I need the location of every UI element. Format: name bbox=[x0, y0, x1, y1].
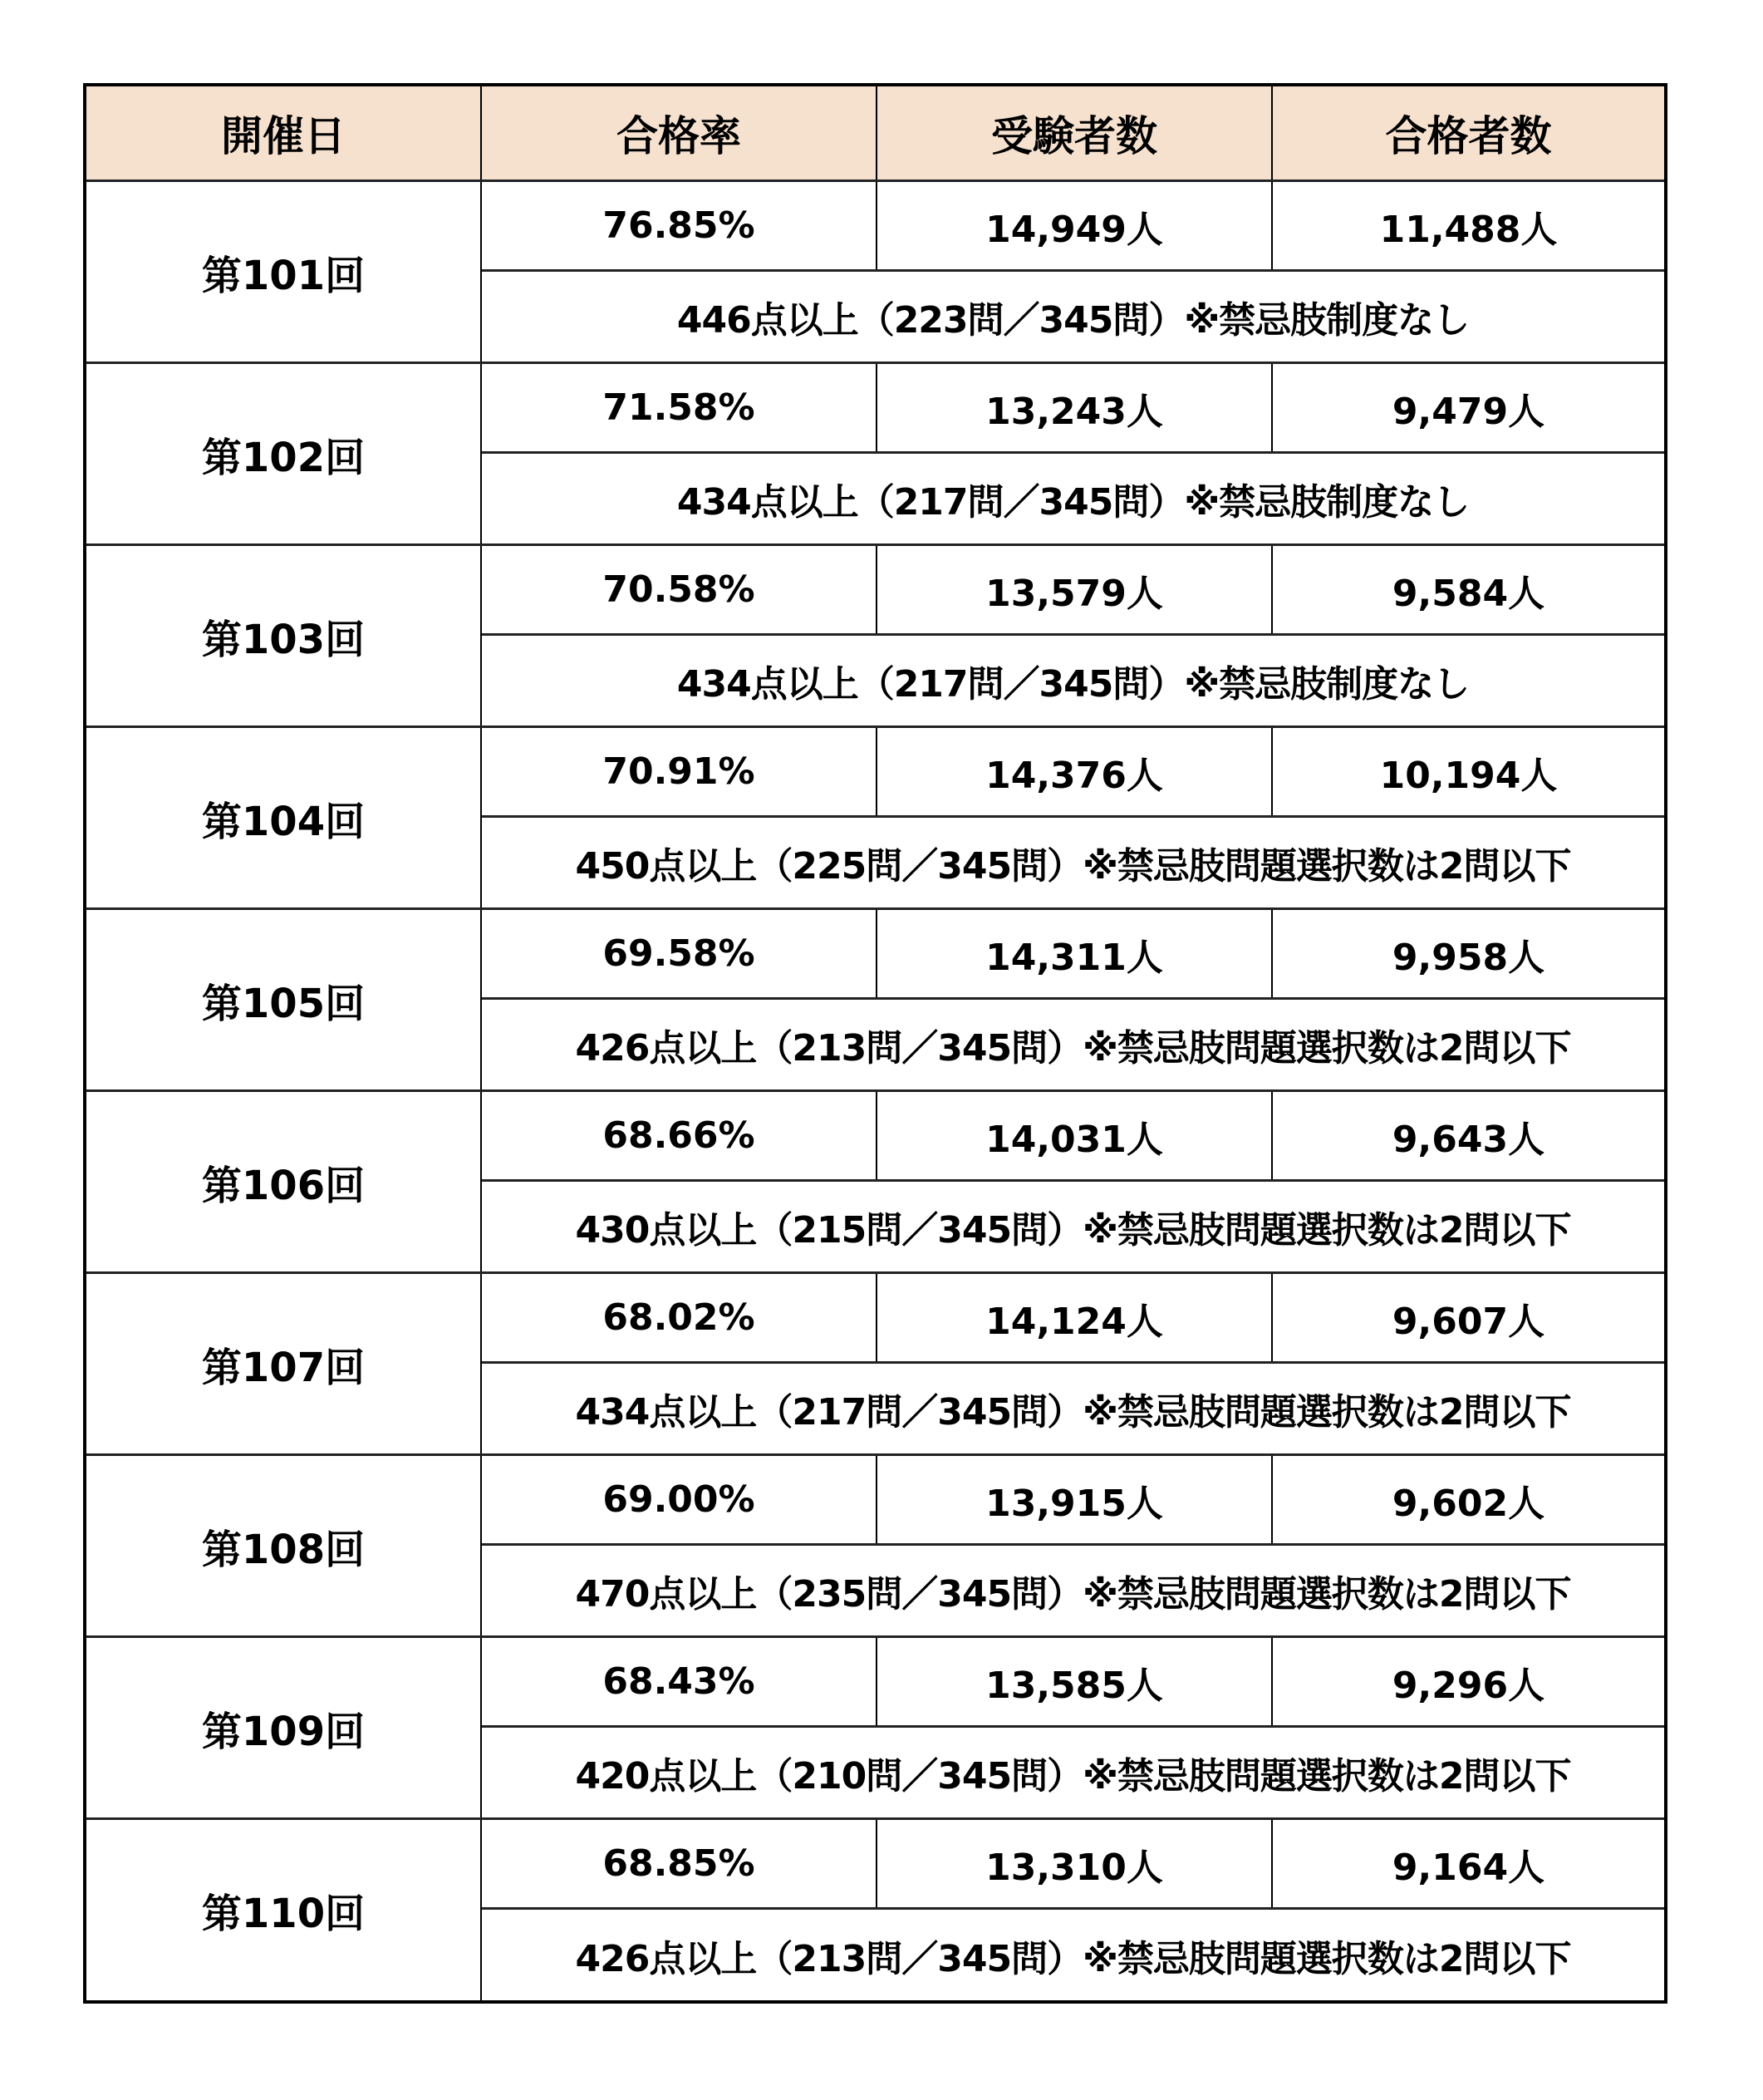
criteria-cell: 450点以上（225問／345問）※禁忌肢問題選択数は2問以下 bbox=[482, 818, 1664, 907]
pass-rate-cell: 70.58% bbox=[482, 546, 877, 633]
round-details: 70.91%14,376人10,194人450点以上（225問／345問）※禁忌… bbox=[482, 728, 1664, 907]
table-row: 第105回69.58%14,311人9,958人426点以上（213問／345問… bbox=[86, 910, 1664, 1092]
table-row: 第103回70.58%13,579人9,584人434点以上（217問／345問… bbox=[86, 546, 1664, 728]
round-values: 68.66%14,031人9,643人 bbox=[482, 1092, 1664, 1182]
table-row: 第109回68.43%13,585人9,296人420点以上（210問／345問… bbox=[86, 1638, 1664, 1820]
table-row: 第107回68.02%14,124人9,607人434点以上（217問／345問… bbox=[86, 1274, 1664, 1456]
examinees-cell: 14,311人 bbox=[877, 910, 1273, 997]
round-values: 76.85%14,949人11,488人 bbox=[482, 182, 1664, 272]
round-label: 第107回 bbox=[86, 1274, 482, 1453]
round-values: 70.91%14,376人10,194人 bbox=[482, 728, 1664, 818]
round-label: 第102回 bbox=[86, 364, 482, 543]
pass-rate-cell: 69.00% bbox=[482, 1456, 877, 1543]
criteria-cell: 430点以上（215問／345問）※禁忌肢問題選択数は2問以下 bbox=[482, 1182, 1664, 1271]
table-row: 第104回70.91%14,376人10,194人450点以上（225問／345… bbox=[86, 728, 1664, 910]
passers-cell: 11,488人 bbox=[1273, 182, 1664, 269]
table-row: 第102回71.58%13,243人9,479人434点以上（217問／345問… bbox=[86, 364, 1664, 546]
criteria-cell: 434点以上（217問／345問）※禁忌肢制度なし bbox=[482, 636, 1664, 725]
criteria-cell: 420点以上（210問／345問）※禁忌肢問題選択数は2問以下 bbox=[482, 1728, 1664, 1817]
criteria-cell: 446点以上（223問／345問）※禁忌肢制度なし bbox=[482, 272, 1664, 361]
pass-rate-cell: 69.58% bbox=[482, 910, 877, 997]
table-row: 第101回76.85%14,949人11,488人446点以上（223問／345… bbox=[86, 182, 1664, 364]
examinees-cell: 13,310人 bbox=[877, 1820, 1273, 1907]
round-label: 第106回 bbox=[86, 1092, 482, 1271]
round-details: 71.58%13,243人9,479人434点以上（217問／345問）※禁忌肢… bbox=[482, 364, 1664, 543]
round-values: 70.58%13,579人9,584人 bbox=[482, 546, 1664, 636]
header-date: 開催日 bbox=[86, 86, 482, 180]
criteria-cell: 426点以上（213問／345問）※禁忌肢問題選択数は2問以下 bbox=[482, 1910, 1664, 2000]
passers-cell: 9,584人 bbox=[1273, 546, 1664, 633]
round-label: 第110回 bbox=[86, 1820, 482, 2000]
header-passers: 合格者数 bbox=[1273, 86, 1664, 180]
passers-cell: 9,643人 bbox=[1273, 1092, 1664, 1179]
pass-rate-cell: 70.91% bbox=[482, 728, 877, 815]
round-label: 第101回 bbox=[86, 182, 482, 361]
header-pass-rate: 合格率 bbox=[482, 86, 877, 180]
pass-rate-cell: 68.66% bbox=[482, 1092, 877, 1179]
passers-cell: 9,296人 bbox=[1273, 1638, 1664, 1725]
exam-results-table: 開催日 合格率 受験者数 合格者数 第101回76.85%14,949人11,4… bbox=[83, 83, 1667, 2004]
pass-rate-cell: 68.02% bbox=[482, 1274, 877, 1361]
round-details: 69.58%14,311人9,958人426点以上（213問／345問）※禁忌肢… bbox=[482, 910, 1664, 1089]
passers-cell: 9,958人 bbox=[1273, 910, 1664, 997]
round-label: 第109回 bbox=[86, 1638, 482, 1817]
passers-cell: 9,607人 bbox=[1273, 1274, 1664, 1361]
passers-cell: 9,602人 bbox=[1273, 1456, 1664, 1543]
examinees-cell: 14,949人 bbox=[877, 182, 1273, 269]
examinees-cell: 14,124人 bbox=[877, 1274, 1273, 1361]
criteria-cell: 434点以上（217問／345問）※禁忌肢制度なし bbox=[482, 454, 1664, 543]
pass-rate-cell: 71.58% bbox=[482, 364, 877, 451]
round-label: 第103回 bbox=[86, 546, 482, 725]
examinees-cell: 13,915人 bbox=[877, 1456, 1273, 1543]
examinees-cell: 13,585人 bbox=[877, 1638, 1273, 1725]
pass-rate-cell: 76.85% bbox=[482, 182, 877, 269]
passers-cell: 9,164人 bbox=[1273, 1820, 1664, 1907]
round-values: 69.00%13,915人9,602人 bbox=[482, 1456, 1664, 1546]
round-details: 68.02%14,124人9,607人434点以上（217問／345問）※禁忌肢… bbox=[482, 1274, 1664, 1453]
examinees-cell: 13,579人 bbox=[877, 546, 1273, 633]
pass-rate-cell: 68.85% bbox=[482, 1820, 877, 1907]
table-row: 第108回69.00%13,915人9,602人470点以上（235問／345問… bbox=[86, 1456, 1664, 1638]
round-details: 69.00%13,915人9,602人470点以上（235問／345問）※禁忌肢… bbox=[482, 1456, 1664, 1635]
round-values: 68.85%13,310人9,164人 bbox=[482, 1820, 1664, 1910]
round-details: 68.85%13,310人9,164人426点以上（213問／345問）※禁忌肢… bbox=[482, 1820, 1664, 2000]
header-examinees: 受験者数 bbox=[877, 86, 1273, 180]
round-values: 71.58%13,243人9,479人 bbox=[482, 364, 1664, 454]
round-values: 68.43%13,585人9,296人 bbox=[482, 1638, 1664, 1728]
passers-cell: 10,194人 bbox=[1273, 728, 1664, 815]
round-details: 68.66%14,031人9,643人430点以上（215問／345問）※禁忌肢… bbox=[482, 1092, 1664, 1271]
table-row: 第110回68.85%13,310人9,164人426点以上（213問／345問… bbox=[86, 1820, 1664, 2000]
round-values: 68.02%14,124人9,607人 bbox=[482, 1274, 1664, 1364]
round-label: 第108回 bbox=[86, 1456, 482, 1635]
round-details: 68.43%13,585人9,296人420点以上（210問／345問）※禁忌肢… bbox=[482, 1638, 1664, 1817]
round-values: 69.58%14,311人9,958人 bbox=[482, 910, 1664, 1000]
round-label: 第104回 bbox=[86, 728, 482, 907]
examinees-cell: 13,243人 bbox=[877, 364, 1273, 451]
round-details: 70.58%13,579人9,584人434点以上（217問／345問）※禁忌肢… bbox=[482, 546, 1664, 725]
passers-cell: 9,479人 bbox=[1273, 364, 1664, 451]
round-label: 第105回 bbox=[86, 910, 482, 1089]
table-body: 第101回76.85%14,949人11,488人446点以上（223問／345… bbox=[86, 182, 1664, 2000]
examinees-cell: 14,376人 bbox=[877, 728, 1273, 815]
table-row: 第106回68.66%14,031人9,643人430点以上（215問／345問… bbox=[86, 1092, 1664, 1274]
table-header: 開催日 合格率 受験者数 合格者数 bbox=[86, 86, 1664, 182]
examinees-cell: 14,031人 bbox=[877, 1092, 1273, 1179]
pass-rate-cell: 68.43% bbox=[482, 1638, 877, 1725]
criteria-cell: 434点以上（217問／345問）※禁忌肢問題選択数は2問以下 bbox=[482, 1364, 1664, 1453]
criteria-cell: 470点以上（235問／345問）※禁忌肢問題選択数は2問以下 bbox=[482, 1546, 1664, 1635]
criteria-cell: 426点以上（213問／345問）※禁忌肢問題選択数は2問以下 bbox=[482, 1000, 1664, 1089]
round-details: 76.85%14,949人11,488人446点以上（223問／345問）※禁忌… bbox=[482, 182, 1664, 361]
